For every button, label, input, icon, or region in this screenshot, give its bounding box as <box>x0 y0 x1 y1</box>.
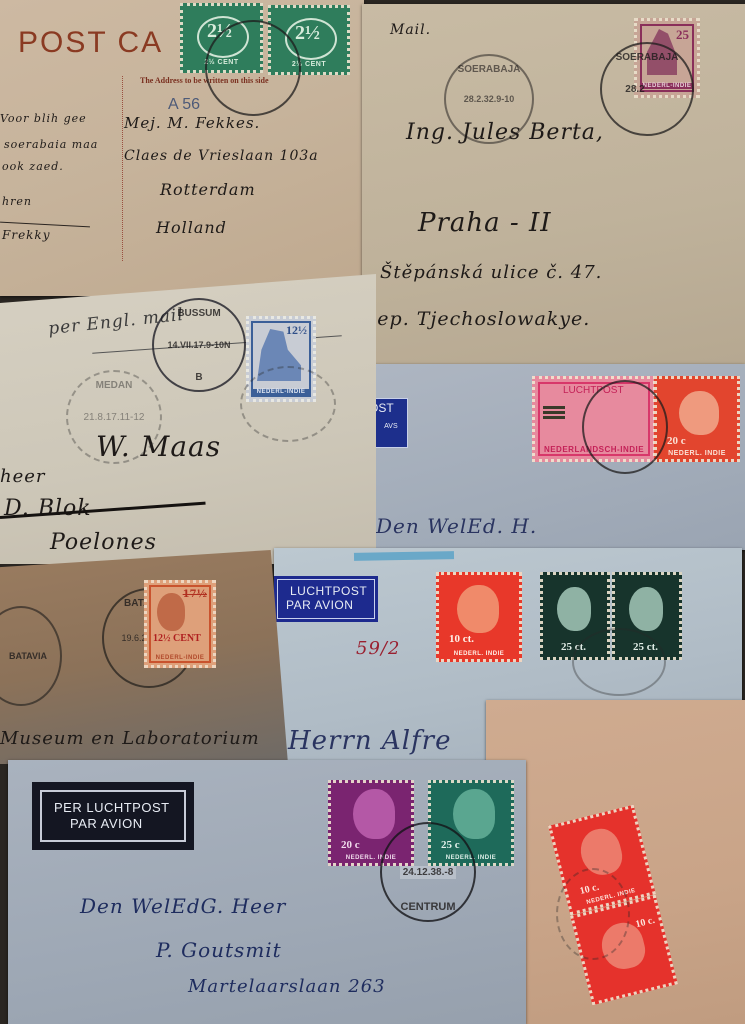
stamp-value: 20 c <box>667 435 686 447</box>
envelope-praha: Mail. SOERABAJA 28.2.32.9-10 25 NEDERL-I… <box>362 4 745 364</box>
address-line-1: Ing. Jules Berta, <box>406 120 604 145</box>
address-line-4: Poelones <box>50 530 157 555</box>
postmark-medan-2 <box>240 366 336 442</box>
queen-portrait <box>557 587 591 631</box>
note: 59/2 <box>356 638 400 659</box>
ribbon <box>354 551 454 561</box>
message-line-1: Voor blih gee <box>0 112 87 125</box>
stamp-value: 12½ CENT <box>153 633 201 644</box>
message-signature: Frekky <box>2 228 51 242</box>
stamp-country: NEDERL. INDIE <box>439 651 519 657</box>
address-line-3: Rotterdam <box>160 180 256 199</box>
label-line-3: AVS <box>384 423 398 430</box>
stamp-10-cent: 10 ct. NEDERL. INDIE <box>436 572 522 662</box>
stamp-country: NEDERL-INDIE <box>147 655 213 661</box>
postcard-title: POST CA <box>18 26 163 60</box>
queen-portrait <box>353 789 395 839</box>
stamp-value: 10 c. <box>634 915 656 930</box>
stamp-country: NEDERL. INDIE <box>657 450 737 457</box>
postmark <box>572 628 666 696</box>
handwriting: Herrn Alfre <box>288 726 451 756</box>
stamp-old-value: 17½ <box>183 589 207 600</box>
queen-portrait <box>457 585 499 633</box>
postmark-soerabaja-2: SOERABAJA 28.2 <box>600 42 694 136</box>
queen-portrait <box>629 587 663 631</box>
address-line-2: Claes de Vrieslaan 103a <box>124 148 319 164</box>
address-line-4: Rep. Tjechoslowakye. <box>362 308 590 330</box>
envelope-bussum: per Engl. mail BUSSUM 14.VII.17.9-10N B … <box>0 274 376 564</box>
postmark <box>205 20 301 116</box>
label-line-2: PAR AVION <box>286 598 376 612</box>
postmark <box>582 380 668 474</box>
airmail-label: PER LUCHTPOST PAR AVION <box>32 782 194 850</box>
message-line-2: soerabaia maa <box>4 138 98 151</box>
airmail-label: LUCHTPOST PAR AVION <box>274 576 378 622</box>
stamp-value: 25 <box>676 27 689 43</box>
address-line-1: Mej. M. Fekkes. <box>124 114 260 132</box>
stamp-value: 20 c <box>341 839 360 851</box>
stamp-12-5-cent-overprint: 17½ 12½ CENT NEDERL-INDIE <box>144 580 216 668</box>
stamp-value: 12½ <box>286 323 307 338</box>
address-line-2: heer <box>0 466 46 487</box>
queen-portrait <box>453 789 495 839</box>
envelope-blue-airmail-1: POST N AVS LUCHTPOST NEDERLANDSCH-INDIE … <box>352 364 745 550</box>
address-line-1: W. Maas <box>96 430 221 463</box>
top-note: Mail. <box>390 22 431 38</box>
address-line-4: Holland <box>156 218 227 237</box>
address-line-3: Martelaarslaan 263 <box>188 976 386 997</box>
label-line-2: PAR AVION <box>70 816 143 831</box>
postmark-centrum: 24.12.38.-8 CENTRUM <box>380 822 476 922</box>
queen-portrait <box>157 593 185 631</box>
label-line-1: PER LUCHTPOST <box>54 800 170 815</box>
message-line-3: ook zaed. <box>2 160 64 173</box>
envelope-bottom: PER LUCHTPOST PAR AVION 20 c NEDERL. IND… <box>8 760 526 1024</box>
handwriting: Den WelEd. H. <box>376 514 537 538</box>
signature-line <box>0 222 90 228</box>
stamp-overprint <box>543 405 565 419</box>
envelope-brown: BATAVIA BATAVIA 19.6.2 17½ 12½ CENT NEDE… <box>0 550 288 764</box>
label-line-1: LUCHTPOST <box>290 584 376 598</box>
postmark-batavia-1: BATAVIA <box>0 606 62 706</box>
divider-line <box>122 76 123 261</box>
postmark-bussum: BUSSUM 14.VII.17.9-10N B <box>152 298 246 392</box>
queen-portrait <box>679 391 719 435</box>
stamp-value: 2½ <box>295 22 320 45</box>
address-line-3: Štěpánská ulice č. 47. <box>380 262 602 283</box>
handwriting: Museum en Laboratorium <box>0 728 260 749</box>
postcard: POST CA The Address to be written on thi… <box>0 0 364 296</box>
address-line-2: Praha - II <box>418 208 552 238</box>
postmark <box>556 868 630 960</box>
address-line-1: Den WelEdG. Heer <box>80 894 286 918</box>
marking: A 56 <box>168 96 200 114</box>
address-line-2: P. Goutsmit <box>156 938 282 962</box>
stamp-value: 10 ct. <box>449 633 474 645</box>
message-line-4: hren <box>2 195 32 208</box>
